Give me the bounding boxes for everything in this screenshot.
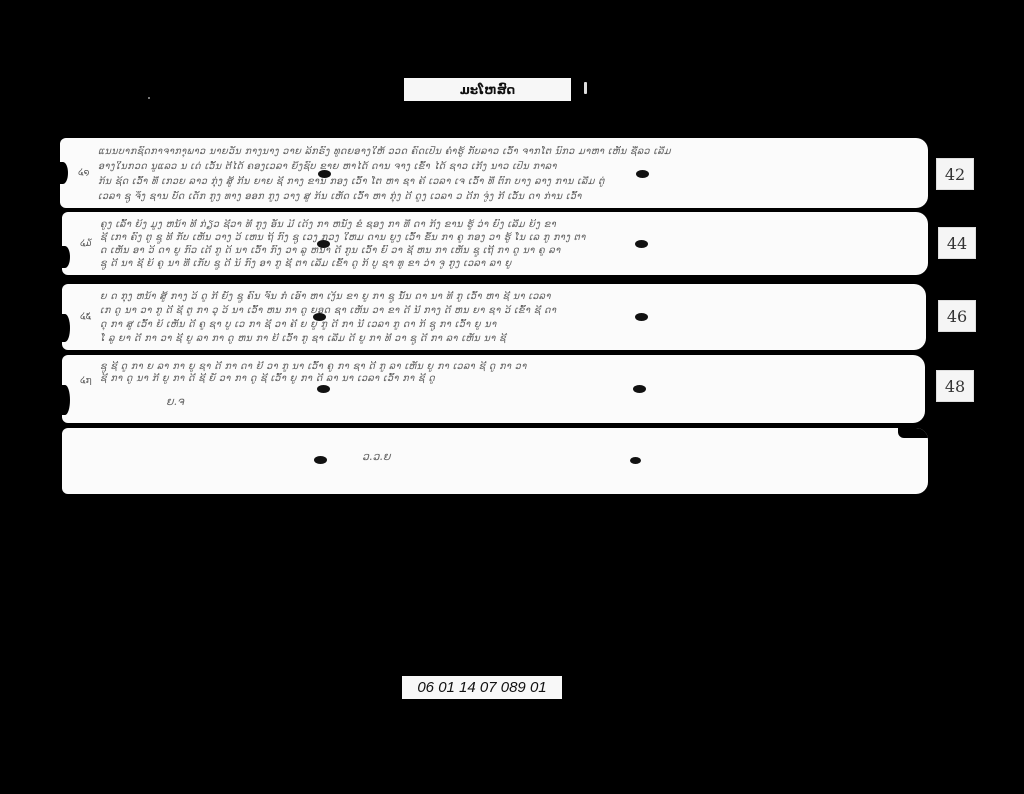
leaf-text: ຄູງ ເລົ້າ ຍິງ ມູງ ຫນ້າ ທີ ກ່ຽວ ຊີວາ ທີ ກ… (100, 218, 914, 271)
leaf-text: ຊູ ຊີ ດູ ກາ ຍ ລາ ກາ ຍູ ຊາ ດີ ກາ ດາ ຍີ ວາ… (100, 361, 911, 385)
page-number: 42 (945, 165, 965, 184)
binding-hole-right (633, 385, 646, 393)
palm-leaf-5-blank: ວ.ວ.ຍ (62, 428, 928, 494)
binding-hole-left (317, 240, 330, 248)
text-line: ຄູງ ເລົ້າ ຍິງ ມູງ ຫນ້າ ທີ ກ່ຽວ ຊີວາ ທີ ກ… (100, 219, 914, 231)
text-line: ກິນ ຊິດ ເວົ້າ ທີ່ ເກວຍ ລາວ ກຸ່ງ ສູ້ ກີນ … (98, 176, 914, 188)
leaf-notch (60, 162, 68, 184)
manuscript-title-label: ມະໂຫສົດ (404, 78, 571, 101)
page-number-label: 42 (936, 158, 974, 190)
binding-hole-right (630, 457, 641, 464)
page-number: 46 (947, 307, 967, 326)
archive-id: 06 01 14 07 089 01 (417, 679, 546, 696)
palm-leaf-4: ໔໗ ຊູ ຊີ ດູ ກາ ຍ ລາ ກາ ຍູ ຊາ ດີ ກາ ດາ ຍີ… (62, 355, 925, 423)
palm-leaf-3: ໔໕ ຍ ດ ກຸງ ຫນ້າ ສູ້ ກາງ ວິ ດູ ກີ ຍັງ ຊູ … (62, 284, 926, 350)
title-mark (584, 82, 587, 94)
margin-note: ວ.ວ.ຍ (362, 450, 390, 463)
folio-mark: ໔໑ (78, 168, 89, 178)
palm-leaf-1: ໔໑ ແນນບາກຊົດກາຈາກາຸພາວ ນາຍວັນ ກາງນາງ ວາຍ… (60, 138, 928, 208)
page-number: 44 (947, 234, 967, 253)
archive-id-label: 06 01 14 07 089 01 (402, 676, 562, 699)
palm-leaf-2: ໔໓ ຄູງ ເລົ້າ ຍິງ ມູງ ຫນ້າ ທີ ກ່ຽວ ຊີວາ ທ… (62, 212, 928, 275)
leaf-notch (62, 385, 70, 415)
binding-hole-left (318, 170, 331, 178)
text-line: ເວລາ ຊູ ຈຶ່ງ ຊານ ບັດ ເດັກ ກູງ ທາງ ອອກ ກູ… (98, 191, 914, 203)
binding-hole-left (314, 456, 327, 464)
folio-mark: ໔໓ (80, 239, 92, 249)
folio-mark: ໔໗ (80, 376, 92, 386)
text-line: ດ ເຫັນ ອາ ວິ ດາ ຍູ ກົວ ເດີ ກູ ດິ ນາ ເວົ້… (100, 245, 914, 257)
leaf-text: ແນນບາກຊົດກາຈາກາຸພາວ ນາຍວັນ ກາງນາງ ວາຍ ລິ… (98, 144, 914, 204)
leaf-notch (62, 314, 70, 342)
page-number: 48 (945, 377, 965, 396)
text-line: ຊີ ເກາ ຄົງ ຕູ ຊູ ທີ ກັບ ເຫັນ ວາງ ວິ ເຫນ … (100, 232, 914, 244)
text-line: ອາງໃນກວດ ນູແລວ ນ ເດ່ ເວັ້ນ ຕີໄດ້ ຄອງເວລາ… (98, 161, 914, 173)
folio-mark: ໔໕ (80, 312, 91, 322)
binding-hole-left (317, 385, 330, 393)
margin-note: ຍ.ຈ (166, 395, 184, 408)
binding-hole-right (635, 313, 648, 321)
text-line: ເກ ດູ ນາ ວາ ກູ ດີ ຊີ ຕູ ກາ ວຸ ວິ ນາ ເວົ້… (100, 305, 912, 317)
text-line: ດຸ ກາ ສູ ເວົ້າ ຍິ ເຫັນ ດີ ຄູ ຊາ ບູ ເວ ກາ… (100, 319, 912, 331)
binding-hole-left (313, 313, 326, 321)
leaf-text: ຍ ດ ກຸງ ຫນ້າ ສູ້ ກາງ ວິ ດູ ກີ ຍັງ ຊູ ຄົນ… (100, 290, 912, 346)
text-line: ໂ ລູ ຍາ ດີ ກາ ວາ ຊີ ຍູ ລາ ກາ ດູ ຫນ ກາ ຍີ… (100, 333, 912, 345)
leaf-chip (898, 428, 928, 438)
text-line: ແນນບາກຊົດກາຈາກາຸພາວ ນາຍວັນ ກາງນາງ ວາຍ ລິ… (98, 146, 914, 158)
text-line: ຊູ ຊີ ດູ ກາ ຍ ລາ ກາ ຍູ ຊາ ດີ ກາ ດາ ຍີ ວາ… (100, 361, 911, 373)
text-line: ຍ ດ ກຸງ ຫນ້າ ສູ້ ກາງ ວິ ດູ ກີ ຍັງ ຊູ ຄົນ… (100, 291, 912, 303)
manuscript-title: ມະໂຫສົດ (460, 83, 515, 97)
binding-hole-right (635, 240, 648, 248)
leaf-notch (62, 246, 70, 268)
text-line: ຊີ ກາ ດູ ນາ ກີ ຍູ ກາ ດີ ຊີ ຍັ ວາ ກາ ດູ ຊ… (100, 373, 911, 385)
page-number-label: 48 (936, 370, 974, 402)
page-number-label: 44 (938, 227, 976, 259)
text-line: ຊູ ດີ ນາ ຊີ ຍິ ຄູ ນາ ທີ່ ເກັບ ຊູ ດີ ນິ ກ… (100, 258, 914, 270)
binding-hole-right (636, 170, 649, 178)
page-number-label: 46 (938, 300, 976, 332)
dust-speck (148, 97, 150, 99)
